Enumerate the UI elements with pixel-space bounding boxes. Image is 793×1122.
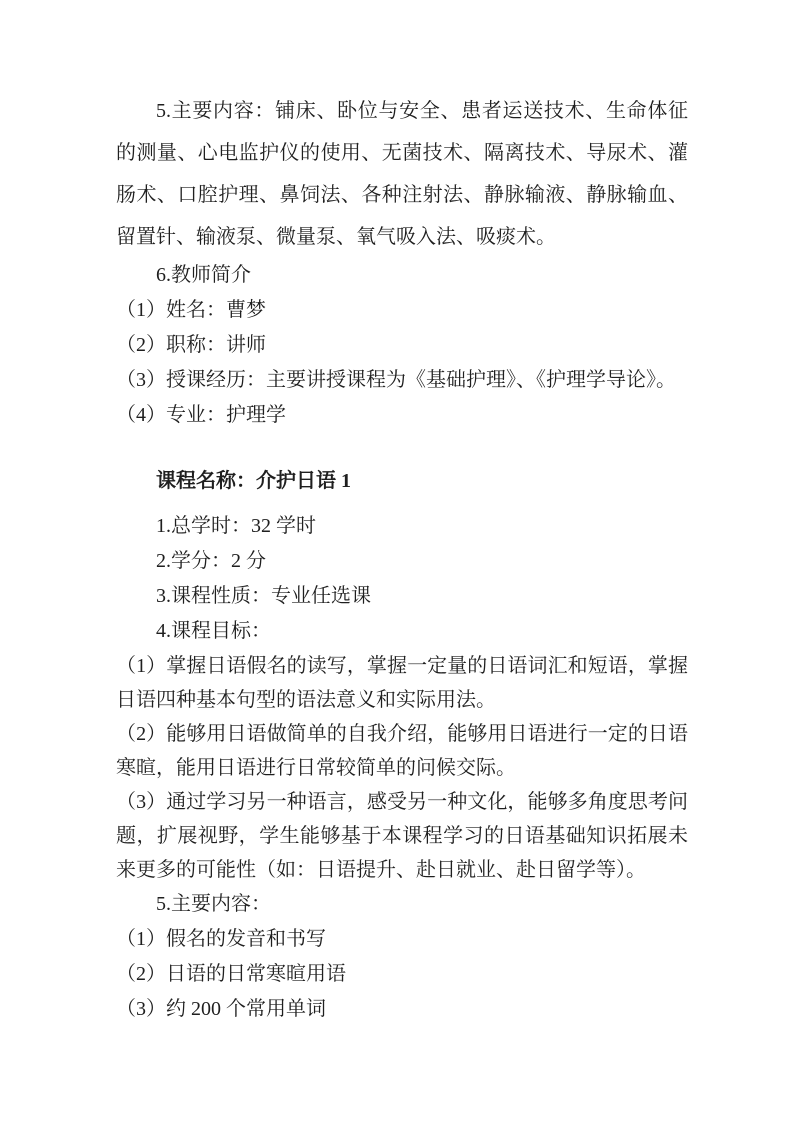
document-page: 5.主要内容：铺床、卧位与安全、患者运送技术、生命体征的测量、心电监护仪的使用、…	[0, 0, 793, 1122]
content-item-vocabulary: （3）约 200 个常用单词	[116, 992, 688, 1027]
heading-teacher-intro: 6.教师简介	[116, 258, 688, 293]
document-content: 5.主要内容：铺床、卧位与安全、患者运送技术、生命体征的测量、心电监护仪的使用、…	[116, 90, 688, 1027]
objective-item-1: （1）掌握日语假名的读写，掌握一定量的日语词汇和短语，掌握日语四种基本句型的语法…	[116, 649, 688, 717]
course-info-nature: 3.课程性质：专业任选课	[116, 579, 688, 614]
objective-item-2: （2）能够用日语做简单的自我介绍，能够用日语进行一定的日语寒暄，能用日语进行日常…	[116, 717, 688, 785]
content-item-greetings: （2）日语的日常寒暄用语	[116, 957, 688, 992]
content-item-kana: （1）假名的发音和书写	[116, 922, 688, 957]
paragraph-main-content-prev-course: 5.主要内容：铺床、卧位与安全、患者运送技术、生命体征的测量、心电监护仪的使用、…	[116, 90, 688, 258]
teacher-item-title: （2）职称：讲师	[116, 328, 688, 363]
heading-main-content: 5.主要内容：	[116, 887, 688, 922]
teacher-item-name: （1）姓名：曹梦	[116, 293, 688, 328]
course-title-heading: 课程名称：介护日语 1	[116, 461, 688, 501]
objective-item-3: （3）通过学习另一种语言，感受另一种文化，能够多角度思考问题，扩展视野，学生能够…	[116, 785, 688, 887]
teacher-item-major: （4）专业：护理学	[116, 398, 688, 433]
course-info-objectives-label: 4.课程目标：	[116, 614, 688, 649]
course-info-credits: 2.学分：2 分	[116, 544, 688, 579]
teacher-item-experience: （3）授课经历：主要讲授课程为《基础护理》、《护理学导论》。	[116, 363, 688, 398]
course-info-total-hours: 1.总学时：32 学时	[116, 509, 688, 544]
